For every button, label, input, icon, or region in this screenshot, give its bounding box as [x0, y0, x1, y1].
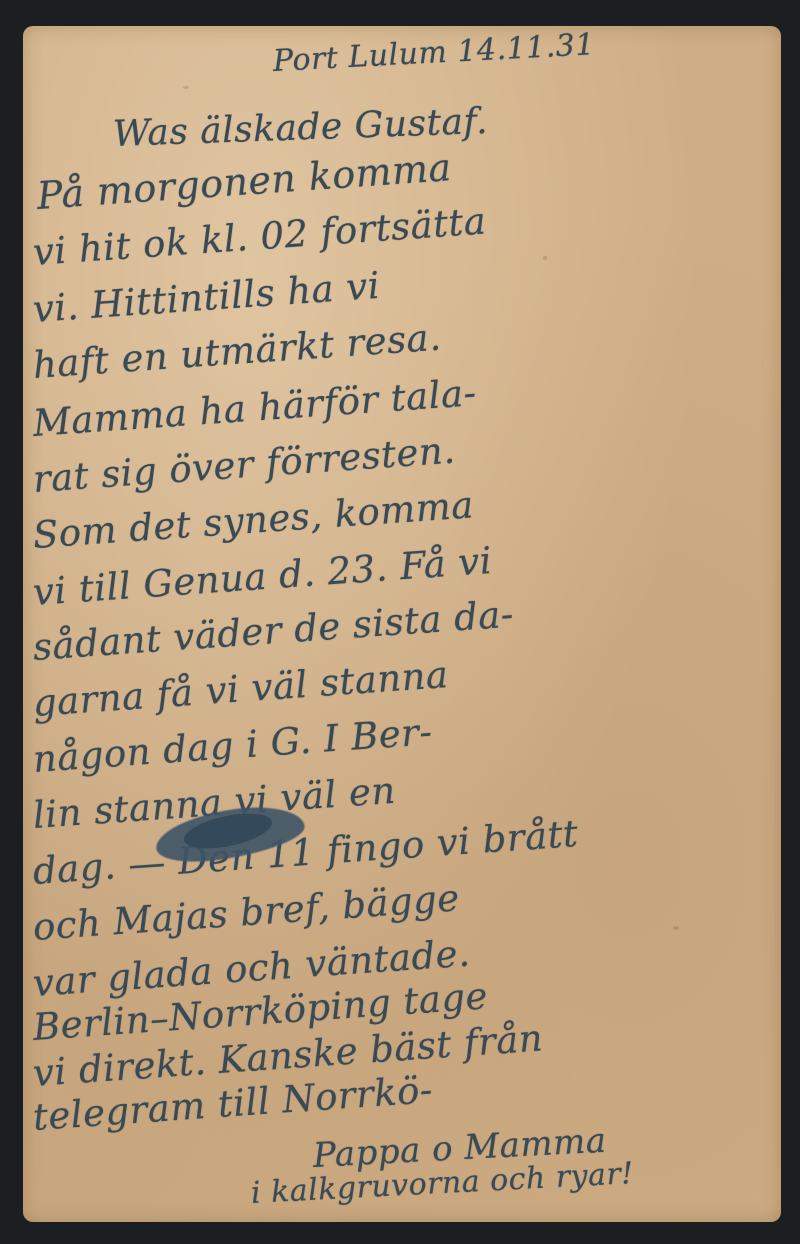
paper-speck — [543, 256, 547, 260]
place-date-header: Port Lulum 14.11.31 — [272, 27, 596, 79]
body-line: vi. Hittintills ha vi — [32, 264, 382, 331]
paper-speck — [183, 86, 189, 89]
paper-speck — [673, 926, 679, 930]
postcard: Port Lulum 14.11.31 Was älskade Gustaf. … — [23, 26, 781, 1222]
